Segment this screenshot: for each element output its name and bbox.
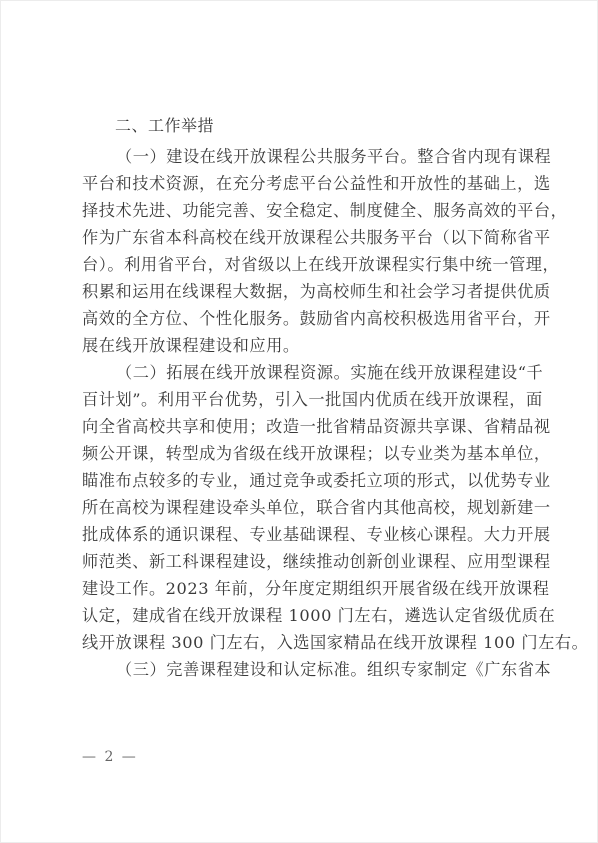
paragraph-line: 择技术先进、功能完善、安全稳定、制度健全、服务高效的平台， [82,197,526,224]
paragraph-line: 平台和技术资源，在充分考虑平台公益性和开放性的基础上，选 [82,170,526,197]
paragraph-line: 台）。利用省平台，对省级以上在线开放课程实行集中统一管理， [82,251,526,278]
paragraph-line: 建设工作。2023 年前，分年度定期组织开展省级在线开放课程 [82,575,526,602]
paragraph-line: 所在高校为课程建设牵头单位，联合省内其他高校，规划新建一 [82,494,526,521]
paragraph-line: 高效的全方位、个性化服务。鼓励省内高校积极选用省平台，开 [82,305,526,332]
page-number: — 2 — [82,749,138,765]
paragraph-line: 师范类、新工科课程建设，继续推动创新创业课程、应用型课程 [82,548,526,575]
paragraph-line: 认定，建成省在线开放课程 1000 门左右，遴选认定省级优质在 [82,602,526,629]
paragraph-line: 线开放课程 300 门左右，入选国家精品在线开放课程 100 门左右。 [82,629,526,656]
paragraph-line: （一）建设在线开放课程公共服务平台。整合省内现有课程 [82,143,526,170]
paragraph-line: 展在线开放课程建设和应用。 [82,332,526,359]
paragraph-line: 积累和运用在线课程大数据，为高校师生和社会学习者提供优质 [82,278,526,305]
paragraph-line: 瞄准布点较多的专业，通过竞争或委托立项的形式，以优势专业 [82,467,526,494]
paragraph-line: 作为广东省本科高校在线开放课程公共服务平台（以下简称省平 [82,224,526,251]
paragraph-line: 批成体系的通识课程、专业基础课程、专业核心课程。大力开展 [82,521,526,548]
paragraph-line: 百计划”。利用平台优势，引入一批国内优质在线开放课程，面 [82,386,526,413]
paragraph-line: （二）拓展在线开放课程资源。实施在线开放课程建设“千 [82,359,526,386]
document-body: （一）建设在线开放课程公共服务平台。整合省内现有课程 平台和技术资源，在充分考虑… [82,143,526,683]
paragraph-line: （三）完善课程建设和认定标准。组织专家制定《广东省本 [82,656,526,683]
paragraph-line: 频公开课，转型成为省级在线开放课程；以专业类为基本单位， [82,440,526,467]
section-heading: 二、工作举措 [115,113,214,136]
paragraph-line: 向全省高校共享和使用；改造一批省精品资源共享课、省精品视 [82,413,526,440]
